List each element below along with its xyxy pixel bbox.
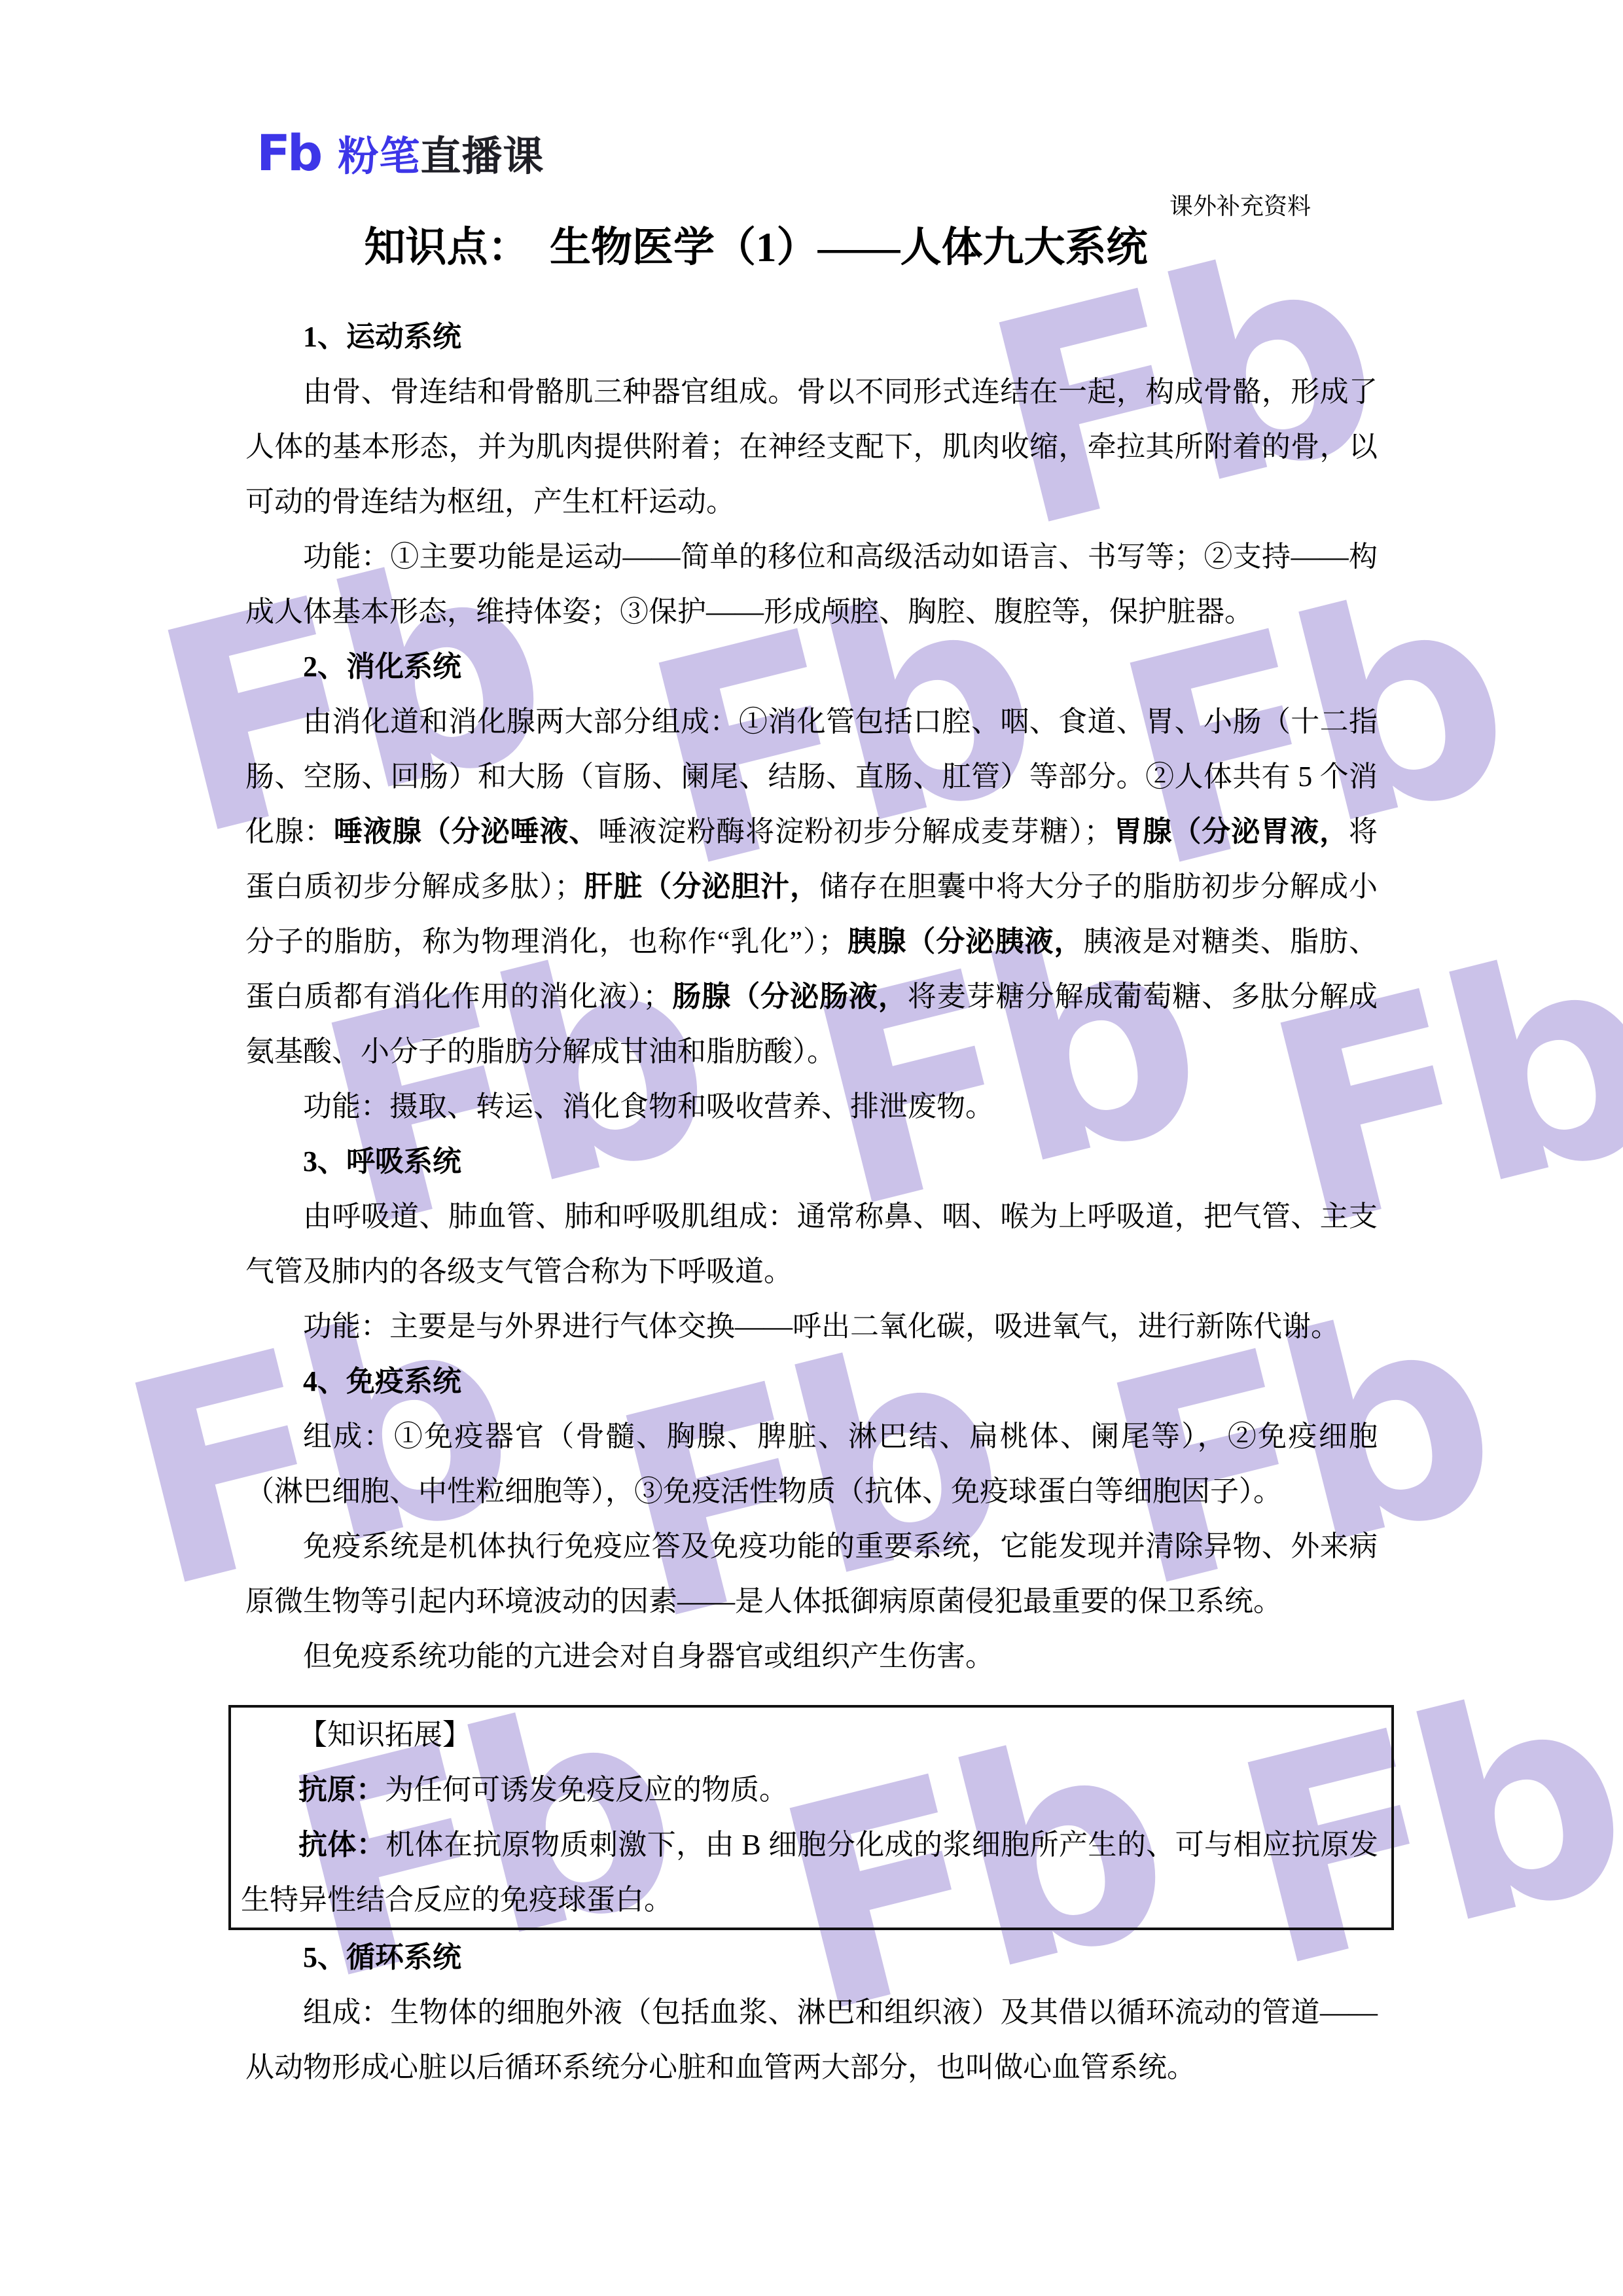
paragraph: 功能：主要是与外界进行气体交换——呼出二氧化碳，吸进氧气，进行新陈代谢。 [245, 1299, 1378, 1354]
text-run: 功能：①主要功能是运动——简单的移位和高级活动如语言、书写等；②支持——构成人体… [245, 541, 1378, 628]
text-run: 机体在抗原物质刺激下，由 B 细胞分化成的浆细胞所产生的、可与相应抗原发生特异性… [241, 1829, 1378, 1916]
paragraph: 功能：摄取、转运、消化食物和吸收营养、排泄废物。 [245, 1079, 1378, 1134]
bold-text-run: 唾液腺（分泌唾液、 [334, 816, 599, 848]
document-page: FbFbFbFbFbFbFbFbFbFbFbFbFb Fb 粉笔 直播课 课外补… [0, 0, 1623, 2296]
page-title: 知识点： 生物医学（1）——人体九大系统 [245, 219, 1378, 276]
bold-text-run: 胰腺（分泌胰液， [847, 925, 1083, 958]
bold-text-run: 肠腺（分泌肠液， [671, 980, 908, 1013]
knowledge-box-heading: 【知识拓展】 [241, 1708, 1378, 1763]
section-heading: 5、循环系统 [245, 1930, 1378, 1985]
section-heading: 2、消化系统 [245, 639, 1378, 694]
bold-text-run: 肝脏（分泌胆汁， [583, 870, 819, 903]
paragraph: 组成：生物体的细胞外液（包括血浆、淋巴和组织液）及其借以循环流动的管道——从动物… [245, 1985, 1378, 2095]
header-note: 课外补充资料 [1169, 194, 1311, 220]
fenbi-logo: Fb 粉笔 直播课 [257, 128, 544, 178]
paragraph: 但免疫系统功能的亢进会对自身器官或组织产生伤害。 [245, 1629, 1378, 1684]
text-run: 为任何可诱发免疫反应的物质。 [385, 1774, 788, 1806]
text-run: 免疫系统是机体执行免疫应答及免疫功能的重要系统，它能发现并清除异物、外来病原微生… [245, 1530, 1378, 1617]
knowledge-box-item: 抗体：机体在抗原物质刺激下，由 B 细胞分化成的浆细胞所产生的、可与相应抗原发生… [241, 1818, 1378, 1928]
paragraph: 由消化道和消化腺两大部分组成：①消化管包括口腔、咽、食道、胃、小肠（十二指肠、空… [245, 694, 1378, 1079]
paragraph: 免疫系统是机体执行免疫应答及免疫功能的重要系统，它能发现并清除异物、外来病原微生… [245, 1519, 1378, 1629]
bold-text-run: 抗原： [298, 1774, 385, 1806]
fenbi-logo-name-blue: 粉笔 [338, 136, 420, 177]
bold-text-run: 抗体： [298, 1829, 385, 1861]
text-run: 组成：生物体的细胞外液（包括血浆、淋巴和组织液）及其借以循环流动的管道——从动物… [245, 1996, 1378, 2083]
fenbi-logo-mark-icon: Fb [257, 128, 319, 178]
paragraph: 由骨、骨连结和骨骼肌三种器官组成。骨以不同形式连结在一起，构成骨骼，形成了人体的… [245, 365, 1378, 529]
section-heading: 1、运动系统 [245, 310, 1378, 365]
fenbi-logo-name-dark: 直播课 [420, 136, 544, 177]
knowledge-expansion-box: 【知识拓展】抗原：为任何可诱发免疫反应的物质。抗体：机体在抗原物质刺激下，由 B… [228, 1705, 1394, 1930]
text-run: 功能：主要是与外界进行气体交换——呼出二氧化碳，吸进氧气，进行新陈代谢。 [303, 1310, 1340, 1342]
text-run: 唾液淀粉酶将淀粉初步分解成麦芽糖）； [598, 816, 1113, 848]
section-heading: 4、免疫系统 [245, 1354, 1378, 1409]
text-run: 组成：①免疫器官（骨髓、胸腺、脾脏、淋巴结、扁桃体、阑尾等），②免疫细胞（淋巴细… [245, 1420, 1378, 1507]
text-run: 功能：摄取、转运、消化食物和吸收营养、排泄废物。 [303, 1090, 994, 1122]
text-run: 由骨、骨连结和骨骼肌三种器官组成。骨以不同形式连结在一起，构成骨骼，形成了人体的… [245, 376, 1378, 518]
section-heading: 3、呼吸系统 [245, 1134, 1378, 1189]
paragraph: 由呼吸道、肺血管、肺和呼吸肌组成：通常称鼻、咽、喉为上呼吸道，把气管、主支气管及… [245, 1189, 1378, 1299]
text-run: 由呼吸道、肺血管、肺和呼吸肌组成：通常称鼻、咽、喉为上呼吸道，把气管、主支气管及… [245, 1200, 1378, 1287]
paragraph: 组成：①免疫器官（骨髓、胸腺、脾脏、淋巴结、扁桃体、阑尾等），②免疫细胞（淋巴细… [245, 1409, 1378, 1519]
paragraph: 功能：①主要功能是运动——简单的移位和高级活动如语言、书写等；②支持——构成人体… [245, 529, 1378, 639]
knowledge-box-item: 抗原：为任何可诱发免疫反应的物质。 [241, 1763, 1378, 1818]
text-run: 但免疫系统功能的亢进会对自身器官或组织产生伤害。 [303, 1640, 994, 1672]
document-flow: 1、运动系统由骨、骨连结和骨骼肌三种器官组成。骨以不同形式连结在一起，构成骨骼，… [245, 310, 1378, 2095]
bold-text-run: 胃腺（分泌胃液， [1113, 816, 1349, 848]
